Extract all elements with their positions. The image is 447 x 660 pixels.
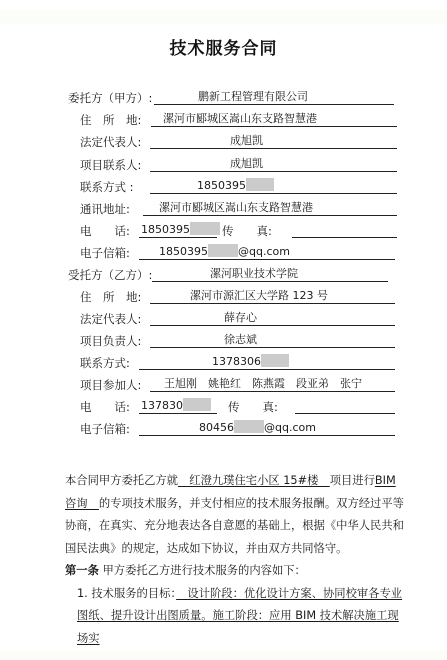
- party-a-legal-rep-row: 法定代表人: 成旭凯: [80, 132, 400, 152]
- party-b-phone-label: 电 话:: [80, 397, 130, 417]
- party-b-project-lead: 徐志斌: [224, 331, 257, 349]
- party-a-mail-address-row: 通讯地址: 漯河市郾城区嵩山东支路智慧港: [80, 199, 400, 219]
- party-a-email-row: 电子信箱: 1850395@qq.com: [80, 243, 400, 263]
- party-b-address-field: 漯河市源汇区大学路 123 号: [150, 287, 395, 304]
- party-b-email-label: 电子信箱:: [80, 419, 130, 439]
- party-b-phone: 137830: [141, 397, 211, 415]
- party-a-phone-row: 电 话: 1850395 传 真:: [80, 221, 400, 241]
- party-a-contact-field: 1850395: [150, 177, 397, 194]
- party-a-address: 漯河市郾城区嵩山东支路智慧港: [163, 110, 317, 128]
- party-b-participants-label: 项目参加人:: [80, 375, 141, 395]
- item-1: 1. 技术服务的目标： 设计阶段：优化设计方案、协同校审各专业图纸、提升设计出图…: [43, 583, 405, 651]
- party-b-contact-field: 1378306: [139, 353, 395, 370]
- party-b-contact-label: 联系方式:: [80, 353, 130, 373]
- party-a-project-contact-field: 成旭凯: [150, 155, 397, 172]
- party-a-address-label: 住 所 地:: [80, 110, 141, 130]
- party-b-email-row: 电子信箱: 80456@qq.com: [80, 419, 400, 439]
- party-a-label: 委托方（甲方）:: [68, 88, 152, 108]
- party-a-name-field: 鹏新工程管理有限公司: [154, 88, 394, 105]
- article-1-text: 甲方委托乙方进行技术服务的内容如下：: [99, 564, 306, 577]
- party-a-email: 1850395@qq.com: [159, 243, 290, 261]
- party-b-legal-rep-label: 法定代表人:: [80, 309, 141, 329]
- party-b-fax-label: 传 真:: [228, 397, 278, 417]
- party-a-contact-label: 联系方式 :: [80, 177, 134, 197]
- party-b-fax-field: [295, 397, 395, 414]
- party-a-project-contact-label: 项目联系人:: [80, 155, 141, 175]
- project-name: 红澄九璞住宅小区 15#楼: [178, 474, 330, 487]
- party-a-name-row: 委托方（甲方）: 鹏新工程管理有限公司: [68, 88, 398, 108]
- party-b-name-field: 漯河职业技术学院: [152, 265, 388, 282]
- party-b-address-row: 住 所 地: 漯河市源汇区大学路 123 号: [80, 287, 400, 307]
- scan-edge-bottom: [0, 651, 447, 660]
- party-a-phone-field: 1850395: [139, 221, 217, 238]
- redaction-block: [261, 354, 289, 367]
- article-1-title: 第一条: [65, 564, 99, 577]
- party-a-mail-address-label: 通讯地址:: [80, 199, 130, 219]
- item-1-label: 1. 技术服务的目标：: [77, 587, 176, 600]
- party-b-project-lead-label: 项目负责人:: [80, 331, 141, 351]
- redaction-block: [234, 420, 264, 433]
- party-a-mail-address: 漯河市郾城区嵩山东支路智慧港: [159, 199, 313, 217]
- party-b-project-lead-row: 项目负责人: 徐志斌: [80, 331, 400, 351]
- party-b-email: 80456@qq.com: [199, 419, 316, 437]
- party-a-mail-address-field: 漯河市郾城区嵩山东支路智慧港: [143, 199, 397, 216]
- contract-body: 本合同甲方委托乙方就 红澄九璞住宅小区 15#楼 项目进行BIM 咨询 的专项技…: [43, 470, 405, 650]
- party-b-phone-field: 137830: [139, 397, 217, 414]
- party-b-name-row: 受托方（乙方）: 漯河职业技术学院: [68, 265, 398, 285]
- party-b-label: 受托方（乙方）:: [68, 265, 152, 285]
- party-b-email-field: 80456@qq.com: [139, 419, 395, 436]
- party-a-project-contact-row: 项目联系人: 成旭凯: [80, 155, 400, 175]
- party-b-legal-rep: 薛存心: [224, 309, 257, 327]
- party-a-legal-rep-label: 法定代表人:: [80, 132, 141, 152]
- intro-text-a: 本合同甲方委托乙方就: [65, 474, 178, 487]
- party-a-email-field: 1850395@qq.com: [139, 243, 395, 260]
- intro-text-b: 项目进行: [330, 474, 375, 487]
- party-a-address-row: 住 所 地: 漯河市郾城区嵩山东支路智慧港: [80, 110, 400, 130]
- party-b-legal-rep-field: 薛存心: [150, 309, 395, 326]
- party-b-legal-rep-row: 法定代表人: 薛存心: [80, 309, 400, 329]
- document-title: 技术服务合同: [0, 34, 447, 59]
- party-b-address: 漯河市源汇区大学路 123 号: [190, 287, 328, 305]
- party-a-legal-rep: 成旭凯: [230, 132, 263, 150]
- party-a-address-field: 漯河市郾城区嵩山东支路智慧港: [151, 110, 397, 127]
- party-a-name: 鹏新工程管理有限公司: [198, 88, 308, 106]
- redaction-block: [246, 178, 274, 191]
- redaction-block: [190, 222, 220, 235]
- party-a-phone: 1850395: [141, 221, 220, 239]
- party-a-contact-row: 联系方式 : 1850395: [80, 177, 400, 197]
- party-b-name: 漯河职业技术学院: [210, 265, 298, 283]
- article-1-heading: 第一条 甲方委托乙方进行技术服务的内容如下：: [43, 560, 405, 583]
- intro-text-c: 的专项技术服务，并支付相应的技术服务报酬。双方经过平等协商，在真实、充分地表达各…: [65, 497, 404, 555]
- party-b-participants-row: 项目参加人: 王旭刚 姚艳红 陈燕霞 段亚弟 张宁: [80, 375, 400, 395]
- redaction-block: [183, 398, 211, 411]
- scan-edge-top: [0, 10, 447, 24]
- party-b-participants-field: 王旭刚 姚艳红 陈燕霞 段亚弟 张宁: [150, 375, 395, 392]
- party-a-fax-label: 传 真:: [222, 221, 272, 241]
- party-b-project-lead-field: 徐志斌: [150, 331, 395, 348]
- party-b-contact-row: 联系方式: 1378306: [80, 353, 400, 373]
- party-b-participants: 王旭刚 姚艳红 陈燕霞 段亚弟 张宁: [164, 375, 362, 393]
- party-a-email-label: 电子信箱:: [80, 243, 130, 263]
- intro-paragraph: 本合同甲方委托乙方就 红澄九璞住宅小区 15#楼 项目进行BIM 咨询 的专项技…: [43, 470, 405, 560]
- party-b-address-label: 住 所 地:: [80, 287, 141, 307]
- party-b-phone-row: 电 话: 137830 传 真:: [80, 397, 400, 417]
- party-a-phone-label: 电 话:: [80, 221, 130, 241]
- party-a-fax-field: [292, 221, 397, 238]
- party-b-contact: 1378306: [212, 353, 289, 371]
- party-a-legal-rep-field: 成旭凯: [150, 132, 397, 149]
- party-a-contact: 1850395: [197, 177, 274, 195]
- redaction-block: [208, 244, 238, 257]
- party-a-project-contact: 成旭凯: [230, 155, 263, 173]
